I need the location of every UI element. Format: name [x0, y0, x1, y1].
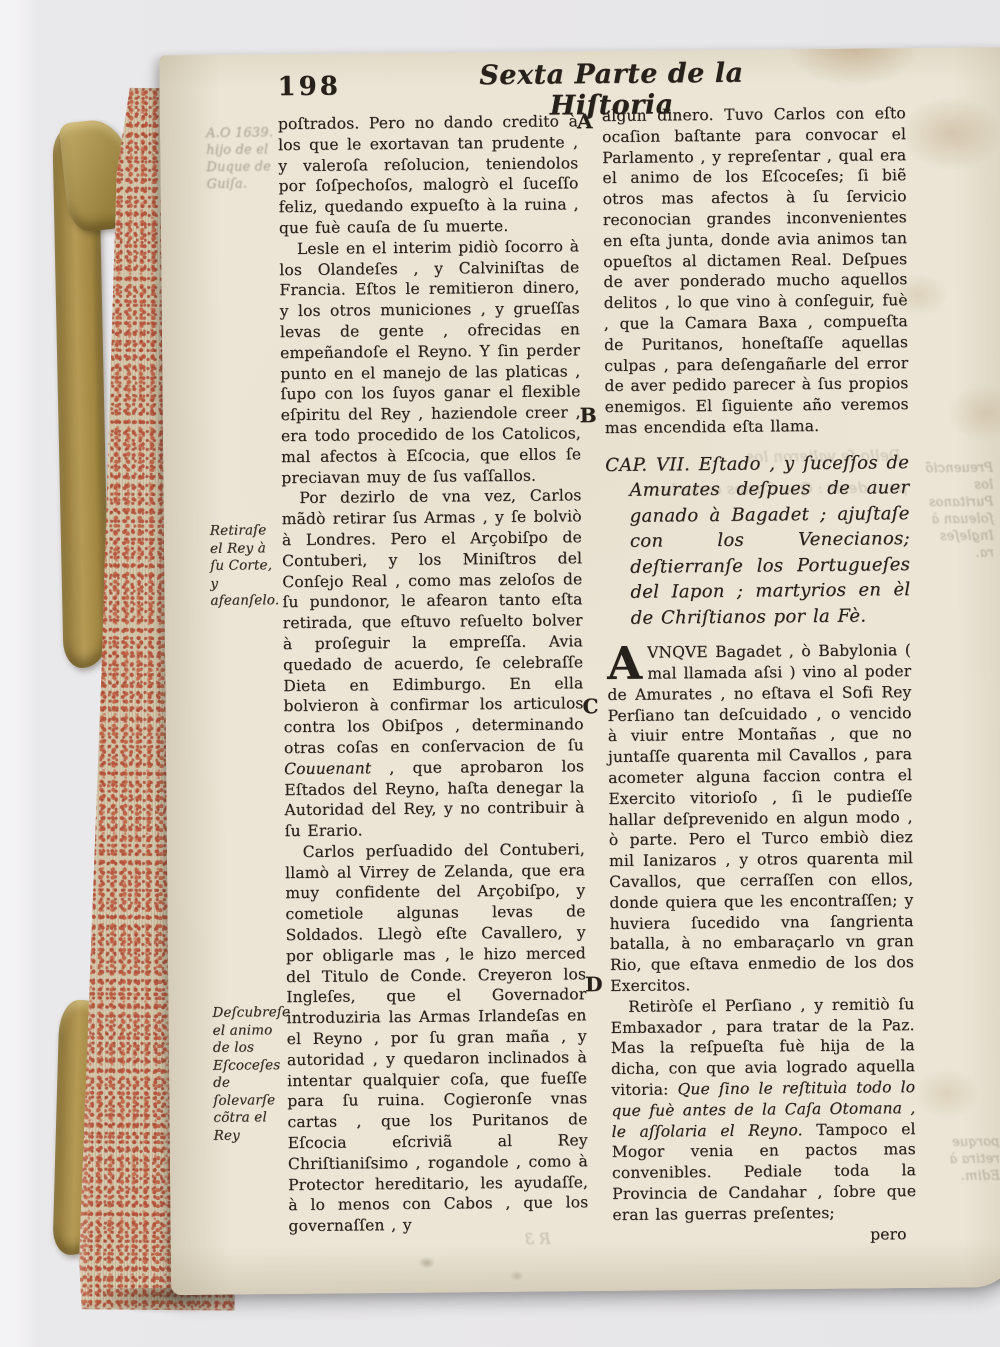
paragraph: Carlos perſuadido del Contuberi, llamò a… [285, 839, 589, 1237]
ghost-margin-note-bottom-right: porque retira à Edim. [926, 1133, 1000, 1185]
chapter-heading: CAP. VII. Eſtado , y ſuceſſos de Amurate… [605, 450, 911, 631]
book-page: A.O 1639. hijo de el Duque de Guiſa. Pre… [159, 47, 1000, 1295]
right-text-column: algun dinero. Tuvo Carlos con eſto ocaſi… [602, 103, 917, 1266]
margin-note-retirase: Retiraſe el Rey à ſu Corte, y afeanſelo. [210, 522, 279, 610]
page-number: 198 [277, 72, 341, 103]
left-text-column: poſtrados. Pero no dando credito à los q… [278, 111, 589, 1250]
paragraph: algun dinero. Tuvo Carlos con eſto ocaſi… [602, 103, 909, 439]
book-photo: A.O 1639. hijo de el Duque de Guiſa. Pre… [0, 0, 1000, 1347]
margin-note-descubrese: Deſcubreſe el animo de los Eſcoceſes de … [212, 1004, 283, 1145]
paragraph: Por dezirlo de vna vez, Carlos mãdò reti… [281, 486, 584, 842]
gutter-letter-b: B [580, 403, 597, 427]
paragraph: Retiròſe el Perſiano , y remitiò ſu Emba… [610, 994, 916, 1226]
paragraph-text: Por dezirlo de vna vez, Carlos mãdò reti… [282, 487, 584, 757]
gutter-letter-a: A [577, 109, 593, 133]
italic-term: Couuenant [284, 759, 371, 778]
gutter-letter-c: C [582, 694, 598, 718]
drop-cap: A [607, 643, 647, 683]
paragraph: Lesle en el interim pidiò ſocorro à los … [279, 236, 581, 488]
paragraph-text: VNQVE Bagadet , ò Babylonia ( mal llamad… [607, 641, 914, 995]
gutter-letter-d: D [585, 972, 603, 996]
paragraph: poſtrados. Pero no dando credito à los q… [278, 111, 579, 239]
paragraph-dropcap: AVNQVE Bagadet , ò Babylonia ( mal llama… [607, 640, 914, 996]
ghost-margin-note-right: Preuenciõ los Puritanos ſoleuan à Ingleſ… [921, 459, 994, 562]
ghost-margin-note-top-left: A.O 1639. hijo de el Duque de Guiſa. [206, 124, 281, 193]
catchword: pero [613, 1224, 917, 1248]
